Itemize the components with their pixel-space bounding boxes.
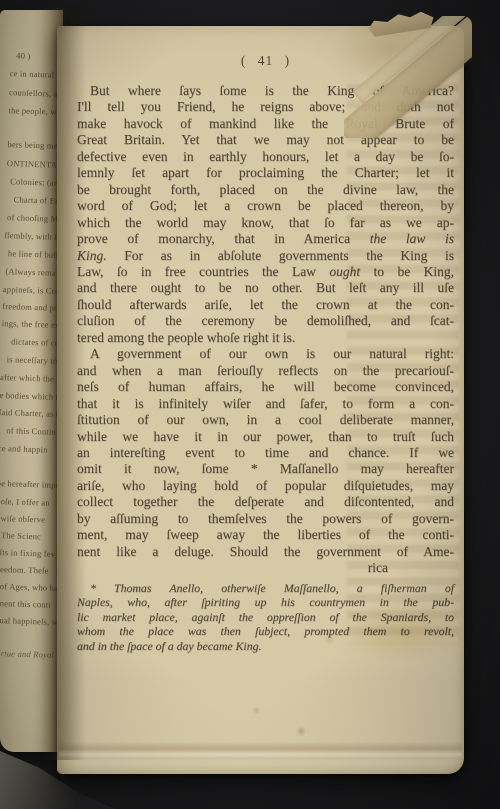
text-line: Naples, who, after ſpiriting up his coun… <box>77 595 454 610</box>
fragment-text-line: he line of buſin <box>8 249 63 260</box>
fragment-text-line: e bodies which ſh <box>0 391 63 402</box>
fragment-text-line: ce and happin <box>0 444 48 455</box>
catchword-text: rica <box>368 560 388 575</box>
text-line: tered among the people whoſe right it is… <box>77 330 454 346</box>
fragment-text-line: counſellors, and the ve <box>9 88 63 100</box>
text-line: Law, ſo in free countries the Law ought … <box>77 264 454 280</box>
book-scan-photo: 40 )ce in natural remcounſellors, and th… <box>0 0 500 809</box>
text-line: omit it now, ſome * Maſſanello may herea… <box>77 461 454 477</box>
text-line: and in the ſpace of a day became King. <box>77 639 454 654</box>
fragment-text-line: of chooſing Mem <box>7 213 63 224</box>
previous-page-text-fragments: 40 )ce in natural remcounſellors, and th… <box>0 10 63 752</box>
paragraph: But where ſays ſome is the King of Ameri… <box>77 83 454 346</box>
text-line: lemnly ſet apart for proclaiming the Cha… <box>77 165 454 181</box>
fragment-text-line: after which the ſa <box>0 373 63 384</box>
text-line: and when a man ſeriouſly reflects on the… <box>77 363 454 379</box>
text-line: neſs of human affairs, he will become co… <box>77 379 454 395</box>
fragment-text-line: t wiſe obſerve <box>0 514 45 525</box>
text-line: ſhould afterwards ariſe, let the crown a… <box>77 297 454 313</box>
text-line: ariſe, who laying hold of popular diſqui… <box>77 478 454 494</box>
text-line: which the world may know, that ſo far as… <box>77 215 454 231</box>
paragraph: A government of our own is our natural r… <box>77 346 454 560</box>
catchword: rica <box>77 560 454 576</box>
fragment-text-line: ce in natural rem <box>10 69 63 80</box>
text-line: I'll tell you Friend, he reigns above; a… <box>77 99 454 115</box>
fragment-text-line: ſiſts in fixing fev <box>0 548 55 559</box>
text-line: defective even in earthly honours, let a… <box>77 149 454 165</box>
text-line: an intereſting event to time and chance.… <box>77 445 454 461</box>
fragment-text-line: Virtue and Royal <box>0 649 54 660</box>
footnote: * Thomas Anello, otherwiſe Maſſanello, a… <box>77 581 454 654</box>
fragment-text-line: idual happineſs, wit <box>0 616 63 627</box>
fragment-text-line: ſſembly, with ſuch <box>4 231 63 242</box>
fragment-text-line: appineſs, is Cont <box>3 285 63 296</box>
facing-page-edge: 40 )ce in natural remcounſellors, and th… <box>0 10 63 752</box>
text-line: that it is infinitely wiſer and ſafer, t… <box>77 396 454 412</box>
fragment-text-line: bers being met, le <box>7 140 63 151</box>
text-line: by aſſuming to themſelves the powers of … <box>77 511 454 527</box>
text-line: A government of our own is our natural r… <box>77 346 454 362</box>
text-line: whom the place was then ſubject, prompte… <box>77 624 454 639</box>
book-page: ( 41 ) But where ſays ſome is the King o… <box>57 26 464 774</box>
text-line: cluſion of the ceremony be demoliſhed, a… <box>77 313 454 329</box>
text-line: word of God; let a crown be placed there… <box>77 198 454 214</box>
fragment-text-line: ONTINENTAL CHA <box>7 159 63 170</box>
text-line: be brought forth, placed on the divine l… <box>77 182 454 198</box>
text-line: lic market place, againſt the oppreſſion… <box>77 610 454 625</box>
text-line: and there ought to be no other. But leſt… <box>77 280 454 296</box>
fragment-text-line: ſaid Charter, as b <box>0 408 60 419</box>
text-line: prove of monarchy, that in America the l… <box>77 231 454 247</box>
text-line: while we have it in our power, than to t… <box>77 429 454 445</box>
text-line: make havock of mankind like the Royal Br… <box>77 116 454 132</box>
fragment-text-line: freedom and prop <box>2 302 63 313</box>
text-line: nent like a deluge. Should the governmen… <box>77 544 454 560</box>
fragment-text-line: ings, the free ex <box>2 319 60 330</box>
fragment-text-line: Charta of Engla <box>14 195 63 206</box>
fragment-text-line: be hereafter impr <box>0 479 59 490</box>
fragment-text-line: 40 ) <box>16 51 31 60</box>
page-text: But where ſays ſome is the King of Ameri… <box>77 83 454 654</box>
text-line: * Thomas Anello, otherwiſe Maſſanello, a… <box>77 581 454 596</box>
fragment-text-line: is neceſſary to ſ <box>7 355 63 366</box>
fragment-text-line: The Scienc <box>1 531 41 541</box>
fragment-text-line: e of Ages, who ha <box>0 582 58 593</box>
text-line: ſtitution of our own, in a cool delibera… <box>77 412 454 428</box>
fragment-text-line: of this Contin <box>6 426 56 437</box>
fragment-text-line: (Always rema <box>5 267 56 278</box>
fragment-text-line: poſe, I offer an <box>0 497 50 508</box>
text-line: collect together the deſperate and diſco… <box>77 494 454 510</box>
fragment-text-line: Colonies; (anſwer <box>10 177 63 188</box>
page-crease <box>59 742 462 759</box>
fragment-text-line: the people, will ha <box>8 106 63 117</box>
fragment-text-line: dictates of conſc <box>11 337 63 348</box>
page-number: ( 41 ) <box>77 53 454 69</box>
text-line: Great Britain. Yet that we may not appea… <box>77 132 454 148</box>
fragment-text-line: freedom. Theſe <box>0 565 49 576</box>
text-line: King. For as in abſolute governments the… <box>77 248 454 264</box>
fragment-text-line: nment this conti <box>0 599 51 610</box>
torn-paper-fragment <box>367 9 435 38</box>
text-line: ment, may ſweep away the liberties of th… <box>77 527 454 543</box>
text-line: But where ſays ſome is the King of Ameri… <box>77 83 454 99</box>
